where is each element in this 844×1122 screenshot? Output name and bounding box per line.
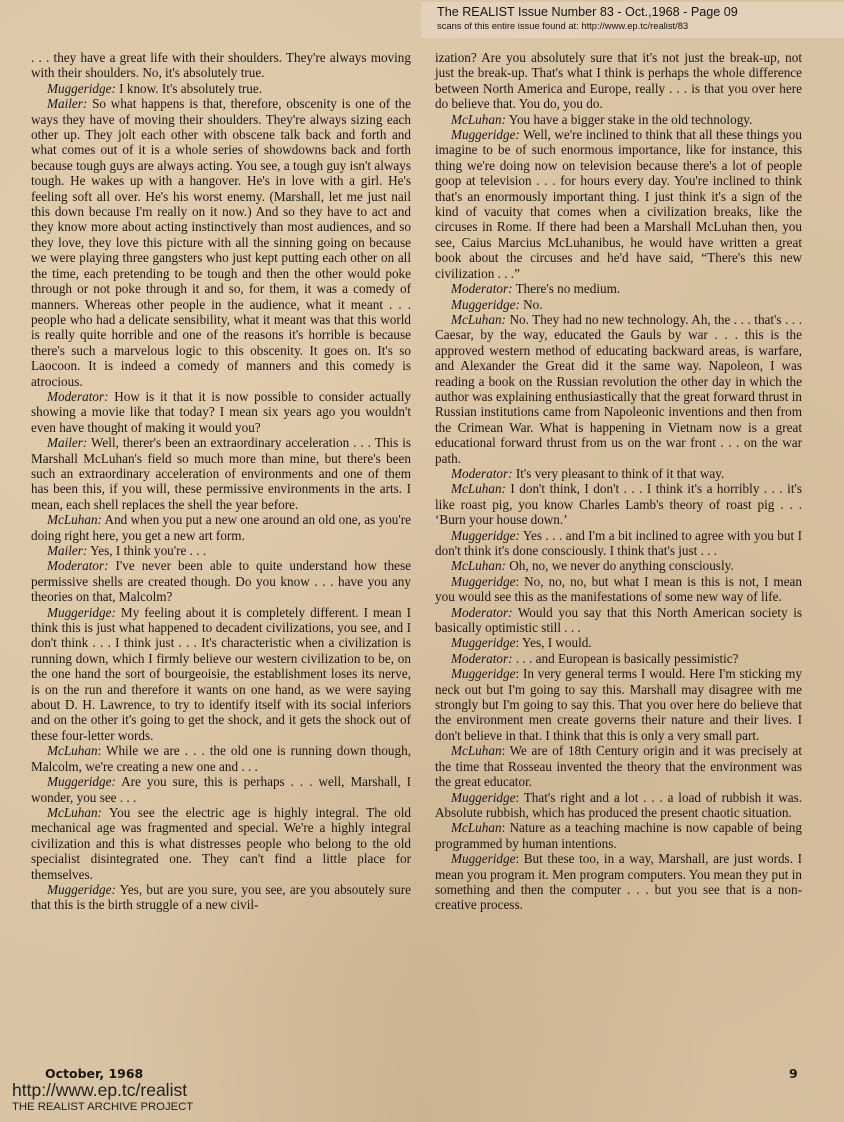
speaker-name: Moderator:	[451, 281, 513, 296]
speech-text: You have a bigger stake in the old techn…	[506, 112, 752, 127]
speaker-name: Muggeridge:	[47, 605, 116, 620]
speaker-name: Mailer:	[47, 96, 87, 111]
speech-text: : Yes, I would.	[515, 635, 591, 650]
speaker-name: McLuhan:	[47, 512, 102, 527]
speaker-name: Muggeridge	[451, 666, 515, 681]
speaker-name: Mailer:	[47, 435, 87, 450]
speaker-name: Muggeridge:	[451, 528, 520, 543]
dialogue-paragraph: Muggeridge: In very general terms I woul…	[435, 666, 802, 743]
dialogue-paragraph: Moderator: Would you say that this North…	[435, 605, 802, 636]
dialogue-paragraph: Muggeridge: That's right and a lot . . .…	[435, 790, 802, 821]
dialogue-paragraph: Muggeridge: But these too, in a way, Mar…	[435, 851, 802, 913]
speaker-name: Muggeridge:	[47, 81, 116, 96]
speech-text: . . . and European is basically pessimis…	[513, 651, 739, 666]
speech-text: ization? Are you absolutely sure that it…	[435, 50, 802, 111]
speaker-name: Muggeridge:	[47, 882, 116, 897]
article-column-right: ization? Are you absolutely sure that it…	[435, 50, 802, 913]
archive-header-subtitle: scans of this entire issue found at: htt…	[437, 20, 844, 32]
speech-text: No. They had no new technology. Ah, the …	[435, 312, 802, 466]
archive-project-label: THE REALIST ARCHIVE PROJECT	[12, 1101, 193, 1113]
speaker-name: Muggeridge:	[451, 297, 520, 312]
speech-text: So what happens is that, therefore, obsc…	[31, 96, 411, 388]
dialogue-paragraph: Moderator: It's very pleasant to think o…	[435, 466, 802, 481]
speaker-name: McLuhan	[451, 820, 502, 835]
speaker-name: Muggeridge	[451, 574, 515, 589]
dialogue-paragraph: Moderator: How is it that it is now poss…	[31, 389, 411, 435]
speech-text: Well, therer's been an extraordinary acc…	[31, 435, 411, 512]
speech-text: My feeling about it is completely differ…	[31, 605, 411, 743]
speaker-name: Muggeridge	[451, 635, 515, 650]
dialogue-paragraph: ization? Are you absolutely sure that it…	[435, 50, 802, 112]
dialogue-paragraph: Mailer: So what happens is that, therefo…	[31, 96, 411, 389]
dialogue-paragraph: Muggeridge: My feeling about it is compl…	[31, 605, 411, 744]
speech-text: There's no medium.	[513, 281, 621, 296]
dialogue-paragraph: Moderator: I've never been able to quite…	[31, 558, 411, 604]
archive-url: http://www.ep.tc/realist	[12, 1080, 187, 1101]
speech-text: No.	[520, 297, 543, 312]
speaker-name: McLuhan	[47, 743, 98, 758]
dialogue-paragraph: Muggeridge: Yes, I would.	[435, 635, 802, 650]
speaker-name: Muggeridge	[451, 790, 515, 805]
dialogue-paragraph: Muggeridge: Yes . . . and I'm a bit incl…	[435, 528, 802, 559]
speech-text: Yes, I think you're . . .	[87, 543, 206, 558]
dialogue-paragraph: McLuhan: We are of 18th Century origin a…	[435, 743, 802, 789]
dialogue-paragraph: . . . they have a great life with their …	[31, 50, 411, 81]
dialogue-paragraph: Muggeridge: I know. It's absolutely true…	[31, 81, 411, 96]
issue-date: October, 1968	[45, 1066, 143, 1081]
speech-text: I know. It's absolutely true.	[116, 81, 262, 96]
speaker-name: McLuhan	[451, 743, 502, 758]
archive-header-title: The REALIST Issue Number 83 - Oct.,1968 …	[437, 5, 844, 20]
speaker-name: Moderator:	[451, 466, 513, 481]
dialogue-paragraph: Muggeridge: Yes, but are you sure, you s…	[31, 882, 411, 913]
dialogue-paragraph: McLuhan: And when you put a new one arou…	[31, 512, 411, 543]
dialogue-paragraph: Moderator: . . . and European is basical…	[435, 651, 802, 666]
dialogue-paragraph: McLuhan: I don't think, I don't . . . I …	[435, 481, 802, 527]
article-column-left: . . . they have a great life with their …	[31, 50, 411, 913]
archive-header: The REALIST Issue Number 83 - Oct.,1968 …	[421, 2, 844, 38]
dialogue-paragraph: McLuhan: You have a bigger stake in the …	[435, 112, 802, 127]
speaker-name: Moderator:	[451, 605, 513, 620]
dialogue-paragraph: McLuhan: Nature as a teaching machine is…	[435, 820, 802, 851]
speaker-name: Moderator:	[451, 651, 513, 666]
speaker-name: Mailer:	[47, 543, 87, 558]
speech-text: . . . they have a great life with their …	[31, 50, 411, 80]
speaker-name: McLuhan:	[47, 805, 102, 820]
dialogue-paragraph: Muggeridge: No.	[435, 297, 802, 312]
dialogue-paragraph: Muggeridge: Are you sure, this is perhap…	[31, 774, 411, 805]
dialogue-paragraph: McLuhan: While we are . . . the old one …	[31, 743, 411, 774]
dialogue-paragraph: Moderator: There's no medium.	[435, 281, 802, 296]
speech-text: It's very pleasant to think of it that w…	[513, 466, 725, 481]
speaker-name: McLuhan:	[451, 112, 506, 127]
dialogue-paragraph: McLuhan: Oh, no, we never do anything co…	[435, 558, 802, 573]
dialogue-paragraph: Mailer: Yes, I think you're . . .	[31, 543, 411, 558]
speaker-name: Muggeridge	[451, 851, 515, 866]
speaker-name: Muggeridge:	[451, 127, 520, 142]
dialogue-paragraph: Muggeridge: No, no, no, but what I mean …	[435, 574, 802, 605]
speaker-name: McLuhan:	[451, 558, 506, 573]
speaker-name: Moderator:	[47, 389, 109, 404]
speaker-name: Muggeridge:	[47, 774, 116, 789]
dialogue-paragraph: Mailer: Well, therer's been an extraordi…	[31, 435, 411, 512]
dialogue-paragraph: McLuhan: You see the electric age is hig…	[31, 805, 411, 882]
speech-text: Well, we're inclined to think that all t…	[435, 127, 802, 281]
speaker-name: McLuhan:	[451, 481, 506, 496]
dialogue-paragraph: McLuhan: No. They had no new technology.…	[435, 312, 802, 466]
page-number: 9	[789, 1066, 798, 1081]
speaker-name: McLuhan:	[451, 312, 506, 327]
speaker-name: Moderator:	[47, 558, 109, 573]
speech-text: Oh, no, we never do anything consciously…	[506, 558, 734, 573]
dialogue-paragraph: Muggeridge: Well, we're inclined to thin…	[435, 127, 802, 281]
